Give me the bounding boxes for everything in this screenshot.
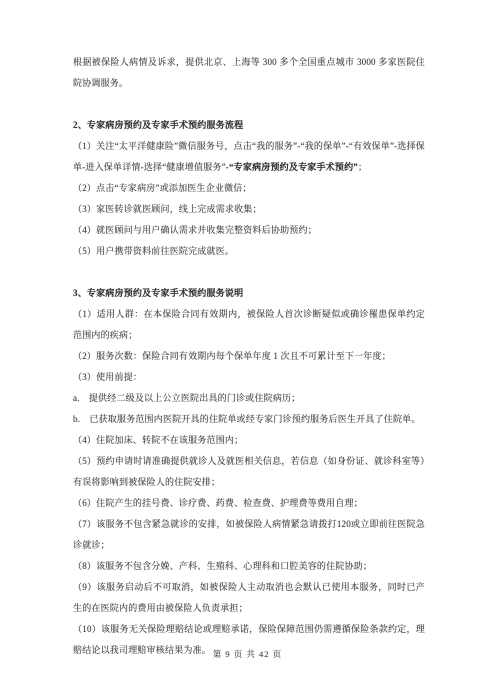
section2-step-1-bold: “专家病房预约及专家手术预约” xyxy=(229,162,358,172)
section3-item-3: （3）使用前提： xyxy=(73,367,425,388)
section3-item-1: （1）适用人群：在本保险合同有效期内，被保险人首次诊断疑似或确诊罹患保单约定范围… xyxy=(73,304,425,346)
page-footer: 第 9 页 共 42 页 xyxy=(0,648,495,660)
section2-step-4: （4）就医顾问与用户确认需求并收集完整资料后协助预约； xyxy=(73,220,425,241)
section3-item-8: （8）该服务不包含分娩、产科、生殖科、心理科和口腔美容的住院协助； xyxy=(73,556,425,577)
section3-item-4: （4）住院加床、转院不在该服务范围内； xyxy=(73,430,425,451)
section2-heading: 2、专家病房预约及专家手术预约服务流程 xyxy=(73,115,425,136)
section2-step-2: （2）点击“专家病房”或添加医生企业微信； xyxy=(73,178,425,199)
section3-item-9: （9）该服务启动后不可取消，如被保险人主动取消也会默认已使用本服务，同时已产生的… xyxy=(73,577,425,619)
document-page: 根据被保险人病情及诉求，提供北京、上海等 300 多个全国重点城市 3000 多… xyxy=(0,0,495,700)
section3-heading: 3、专家病房预约及专家手术预约服务说明 xyxy=(73,283,425,304)
section3-item-5: （5）预约申请时请准确提供就诊人及就医相关信息，若信息（如身份证、就诊科室等）有… xyxy=(73,451,425,493)
intro-paragraph: 根据被保险人病情及诉求，提供北京、上海等 300 多个全国重点城市 3000 多… xyxy=(73,52,425,94)
section2-step-1-end: ； xyxy=(358,162,367,172)
section3-item-7: （7）该服务不包含紧急就诊的安排，如被保险人病情紧急请拨打120或立即前往医院急… xyxy=(73,514,425,556)
section3-item-6: （6）住院产生的挂号费、诊疗费、药费、检查费、护理费等费用自理； xyxy=(73,493,425,514)
document-body: 根据被保险人病情及诉求，提供北京、上海等 300 多个全国重点城市 3000 多… xyxy=(73,52,425,661)
section2-step-3: （3）家医转诊就医顾问，线上完成需求收集； xyxy=(73,199,425,220)
section3-item-3b: b. 已获取服务范围内医院开具的住院单或经专家门诊预约服务后医生开具了住院单。 xyxy=(73,409,425,430)
section3-item-2: （2）服务次数：保险合同有效期内每个保单年度 1 次且不可累计至下一年度； xyxy=(73,346,425,367)
section2-step-1: （1）关注“太平洋健康险”微信服务号，点击“我的服务”-“我的保单”-“有效保单… xyxy=(73,136,425,178)
section3-item-3a: a. 提供经二级及以上公立医院出具的门诊或住院病历； xyxy=(73,388,425,409)
section2-step-5: （5）用户携带资料前往医院完成就医。 xyxy=(73,241,425,262)
